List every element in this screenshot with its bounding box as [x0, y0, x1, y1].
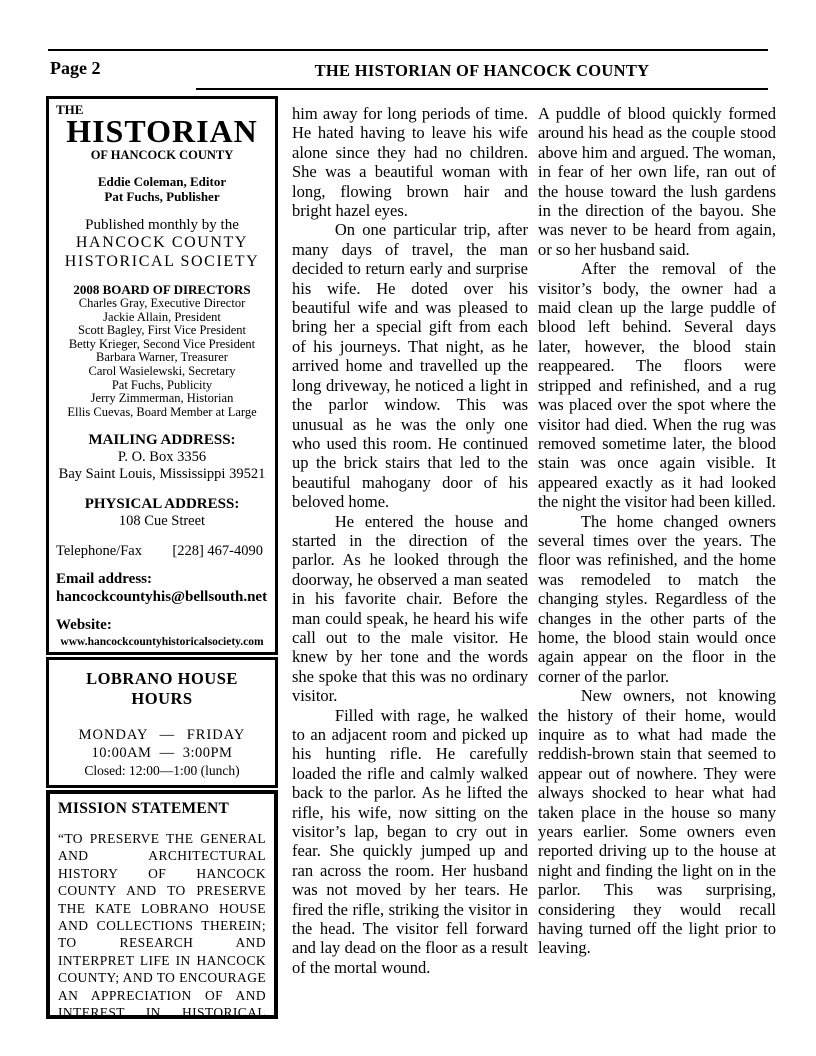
mailing-city-state-zip: Bay Saint Louis, Mississippi 39521 [53, 466, 271, 483]
phone-label: Telephone/Fax [56, 543, 142, 560]
email-heading: Email address: [56, 571, 271, 589]
editor-line: Eddie Coleman, Editor [53, 174, 271, 189]
phone-row: Telephone/Fax [228] 467-4090 [53, 543, 271, 560]
mailing-address-heading: MAILING ADDRESS: [53, 431, 271, 449]
publisher-line: Pat Fuchs, Publisher [53, 189, 271, 204]
story-paragraph: After the removal of the visitor’s body,… [538, 259, 776, 511]
mission-statement-heading: MISSION STATEMENT [58, 800, 266, 818]
story-paragraph: Filled with rage, he walked to an adjace… [292, 706, 528, 978]
hours-closed-note: Closed: 12:00—1:00 (lunch) [49, 762, 275, 779]
story-column-middle: him away for long periods of time. He ha… [292, 104, 528, 977]
story-column-right: A puddle of blood quickly formed around … [538, 104, 776, 958]
lobrano-house-hours-box: LOBRANO HOUSE HOURS MONDAY — FRIDAY 10:0… [46, 657, 278, 788]
page-number-label: Page 2 [50, 58, 100, 79]
story-paragraph: He entered the house and started in the … [292, 512, 528, 706]
hours-times: 10:00AM — 3:00PM [49, 744, 275, 762]
masthead-subtitle: OF HANCOCK COUNTY [53, 148, 271, 163]
website-url: www.hancockcountyhistoricalsociety.com [53, 636, 271, 649]
story-paragraph: The home changed owners several times ov… [538, 512, 776, 687]
newsletter-page: Page 2 THE HISTORIAN OF HANCOCK COUNTY T… [0, 0, 816, 1056]
board-member: Barbara Warner, Treasurer [53, 351, 271, 365]
physical-address-heading: PHYSICAL ADDRESS: [53, 495, 271, 513]
email-address: hancockcountyhis@bellsouth.net [56, 589, 271, 607]
board-member: Carol Wasielewski, Secretary [53, 365, 271, 379]
hours-title-line2: HOURS [49, 689, 275, 709]
webmaster-line: Marianne Pluim, Webmaster [53, 649, 271, 655]
board-member: Jackie Allain, President [53, 311, 271, 325]
masthead-box: THE HISTORIAN OF HANCOCK COUNTY Eddie Co… [46, 96, 278, 655]
board-member: Charles Gray, Executive Director [53, 297, 271, 311]
board-member: Pat Fuchs, Publicity [53, 379, 271, 393]
website-heading: Website: [56, 617, 271, 635]
society-name-line2: HISTORICAL SOCIETY [53, 253, 271, 272]
masthead-title: HISTORIAN [53, 115, 271, 148]
physical-street: 108 Cue Street [53, 513, 271, 530]
mailing-po-box: P. O. Box 3356 [53, 449, 271, 466]
published-monthly-line: Published monthly by the [53, 216, 271, 234]
hours-days: MONDAY — FRIDAY [49, 726, 275, 744]
newsletter-header-title: THE HISTORIAN OF HANCOCK COUNTY [196, 61, 768, 81]
mission-statement-text: “TO PRESERVE THE GENERAL AND ARCHITECTUR… [58, 830, 266, 1019]
story-paragraph: him away for long periods of time. He ha… [292, 104, 528, 220]
board-member: Ellis Cuevas, Board Member at Large [53, 406, 271, 420]
story-paragraph: New owners, not knowing the history of t… [538, 686, 776, 958]
phone-number: [228] 467-4090 [172, 543, 263, 560]
sidebar: THE HISTORIAN OF HANCOCK COUNTY Eddie Co… [46, 96, 278, 1021]
board-member: Betty Krieger, Second Vice President [53, 338, 271, 352]
board-of-directors-heading: 2008 BOARD OF DIRECTORS [53, 282, 271, 297]
hours-title-line1: LOBRANO HOUSE [49, 669, 275, 689]
society-name-line1: HANCOCK COUNTY [53, 234, 271, 253]
board-member: Jerry Zimmerman, Historian [53, 392, 271, 406]
mission-statement-box: MISSION STATEMENT “TO PRESERVE THE GENER… [46, 790, 278, 1019]
header-bottom-rule [196, 88, 768, 90]
story-paragraph: A puddle of blood quickly formed around … [538, 104, 776, 259]
header-top-rule [48, 49, 768, 51]
board-member: Scott Bagley, First Vice President [53, 324, 271, 338]
story-paragraph: On one particular trip, after many days … [292, 220, 528, 511]
